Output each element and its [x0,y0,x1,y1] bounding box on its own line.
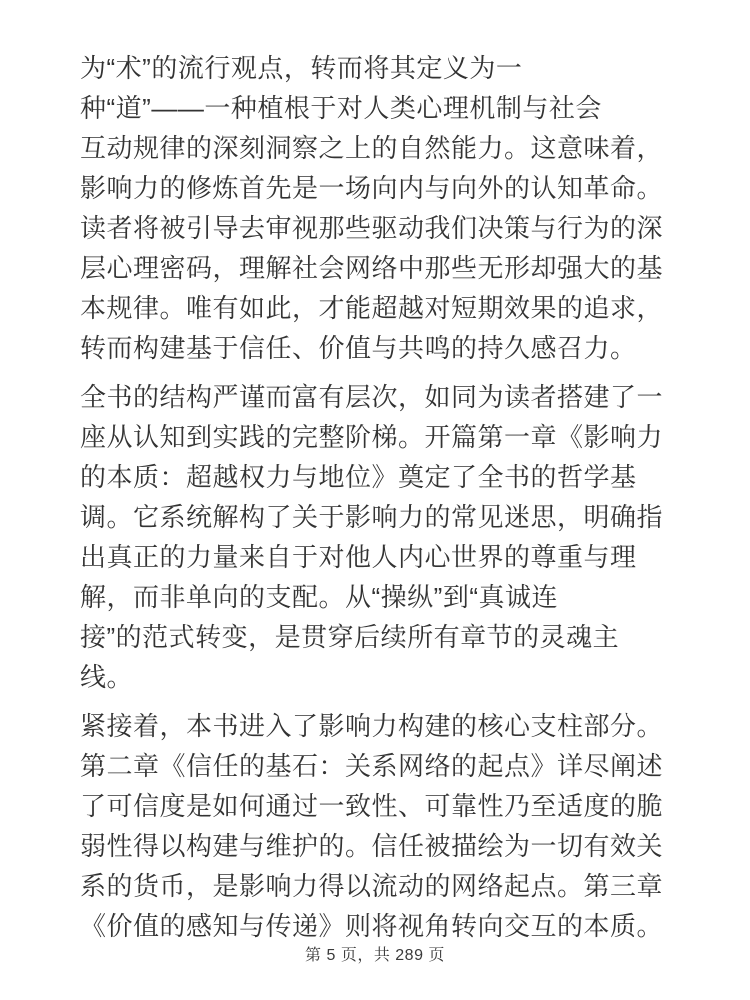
text-line: 的本质：超越权力与地位》奠定了全书的哲学基 [80,457,676,497]
page-number-footer: 第 5 页，共 289 页 [0,945,750,967]
document-page: 为“术”的流行观点，转而将其定义为一种“道”——一种植根于对人类心理机制与社会互… [0,0,750,1000]
paragraph: 全书的结构严谨而富有层次，如同为读者搭建了一座从认知到实践的完整阶梯。开篇第一章… [80,377,676,697]
text-line: 线。 [80,657,676,697]
text-line: 第二章《信任的基石：关系网络的起点》详尽阐述 [80,746,676,786]
text-line: 种“道”——一种植根于对人类心理机制与社会 [80,88,676,128]
text-line: 本规律。唯有如此，才能超越对短期效果的追求， [80,288,676,328]
text-line: 为“术”的流行观点，转而将其定义为一 [80,48,676,88]
paragraph: 紧接着，本书进入了影响力构建的核心支柱部分。第二章《信任的基石：关系网络的起点》… [80,706,676,946]
text-line: 紧接着，本书进入了影响力构建的核心支柱部分。 [80,706,676,746]
paragraph: 为“术”的流行观点，转而将其定义为一种“道”——一种植根于对人类心理机制与社会互… [80,48,676,368]
text-line: 解，而非单向的支配。从“操纵”到“真诚连 [80,577,676,617]
text-line: 调。它系统解构了关于影响力的常见迷思，明确指 [80,497,676,537]
text-line: 《价值的感知与传递》则将视角转向交互的本质。 [80,906,676,946]
text-line: 了可信度是如何通过一致性、可靠性乃至适度的脆 [80,786,676,826]
text-line: 系的货币，是影响力得以流动的网络起点。第三章 [80,866,676,906]
text-line: 出真正的力量来自于对他人内心世界的尊重与理 [80,537,676,577]
document-body: 为“术”的流行观点，转而将其定义为一种“道”——一种植根于对人类心理机制与社会互… [80,48,676,955]
text-line: 影响力的修炼首先是一场向内与向外的认知革命。 [80,168,676,208]
text-line: 转而构建基于信任、价值与共鸣的持久感召力。 [80,328,676,368]
text-line: 层心理密码，理解社会网络中那些无形却强大的基 [80,248,676,288]
text-line: 接”的范式转变，是贯穿后续所有章节的灵魂主 [80,617,676,657]
text-line: 弱性得以构建与维护的。信任被描绘为一切有效关 [80,826,676,866]
text-line: 互动规律的深刻洞察之上的自然能力。这意味着， [80,128,676,168]
text-line: 全书的结构严谨而富有层次，如同为读者搭建了一 [80,377,676,417]
text-line: 读者将被引导去审视那些驱动我们决策与行为的深 [80,208,676,248]
text-line: 座从认知到实践的完整阶梯。开篇第一章《影响力 [80,417,676,457]
